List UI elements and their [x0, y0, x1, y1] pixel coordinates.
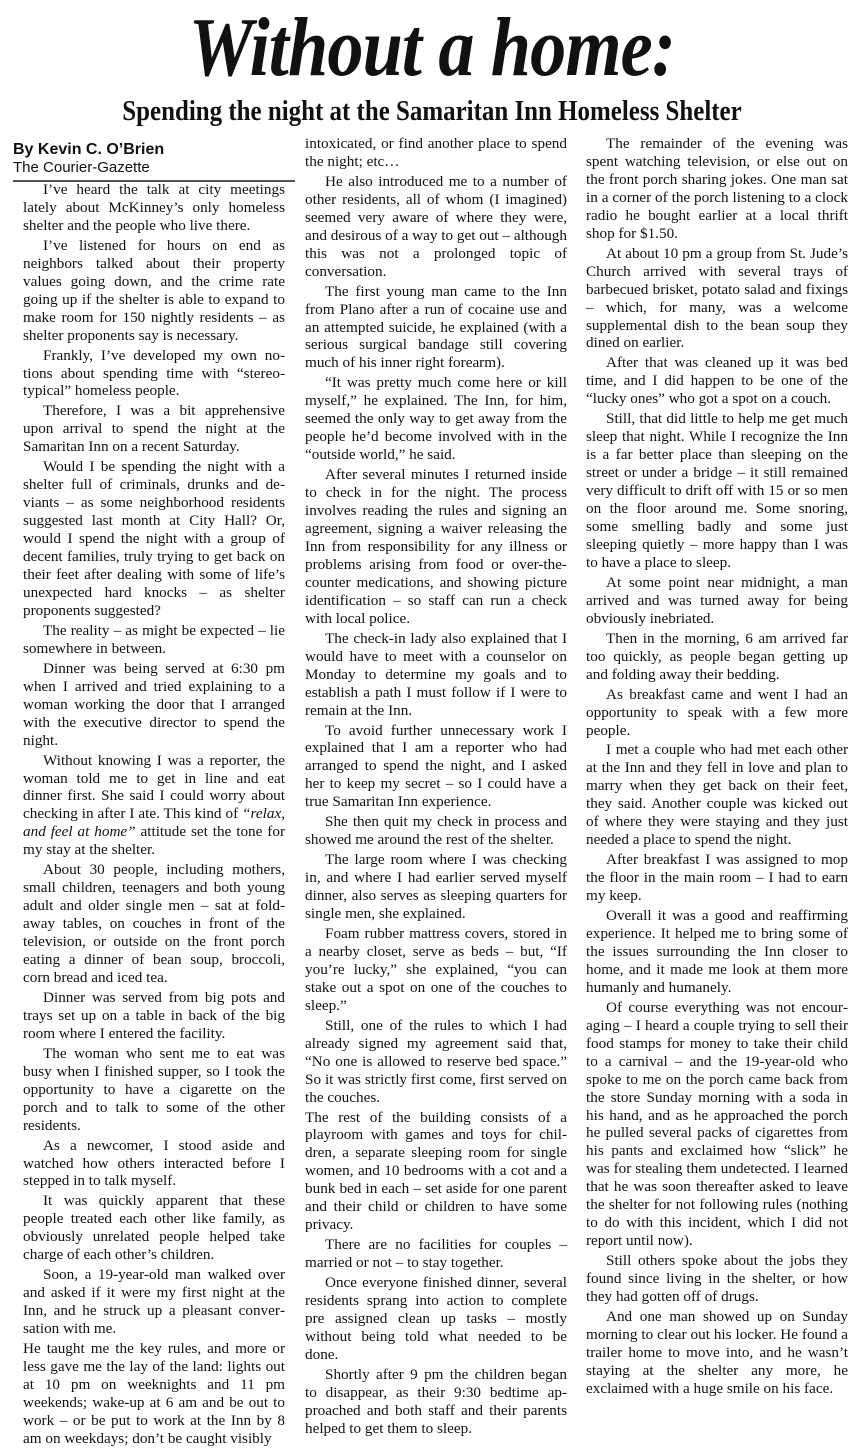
paragraph: To avoid further unnecessary work I expl…: [305, 722, 567, 812]
paragraph: Dinner was served from big pots and tray…: [23, 989, 285, 1043]
paragraph: After several minutes I returned in­side…: [305, 466, 567, 628]
paragraph: He taught me the key rules, and more or …: [23, 1340, 285, 1448]
paragraph: After that was cleaned up it was bed tim…: [586, 354, 848, 408]
paragraph: The rest of the building consists of a p…: [305, 1109, 567, 1235]
paragraph: Still, one of the rules to which I had a…: [305, 1017, 567, 1107]
paragraph: Of course everything was not encour­agin…: [586, 999, 848, 1250]
paragraph: And one man showed up on Sunday morning …: [586, 1308, 848, 1398]
paragraph: Foam rubber mattress covers, stored in a…: [305, 925, 567, 1015]
paragraph: As a newcomer, I stood aside and watched…: [23, 1137, 285, 1191]
article-column-3: The remainder of the evening was spent w…: [586, 135, 848, 1400]
paragraph: At about 10 pm a group from St. Jude’s C…: [586, 245, 848, 353]
byline: By Kevin C. O’Brien The Courier-Gazette: [13, 140, 295, 182]
paragraph: Dinner was being served at 6:30 pm when …: [23, 660, 285, 750]
paragraph: Once everyone finished dinner, sev­eral …: [305, 1274, 567, 1364]
paragraph: As breakfast came and went I had an oppo…: [586, 686, 848, 740]
byline-author: By Kevin C. O’Brien: [13, 140, 295, 159]
paragraph: He also introduced me to a number of oth…: [305, 173, 567, 281]
paragraph: The woman who sent me to eat was busy wh…: [23, 1045, 285, 1135]
paragraph: About 30 people, including mothers, smal…: [23, 861, 285, 987]
paragraph: There are no facilities for couples – ma…: [305, 1236, 567, 1272]
paragraph: I’ve heard the talk at city meetings lat…: [23, 181, 285, 235]
paragraph: Then in the morning, 6 am arrived far to…: [586, 630, 848, 684]
paragraph: The remainder of the evening was spent w…: [586, 135, 848, 243]
paragraph: Frankly, I’ve developed my own no­tions …: [23, 347, 285, 401]
byline-publication: The Courier-Gazette: [13, 159, 295, 177]
paragraph: The reality – as might be expected – lie…: [23, 622, 285, 658]
paragraph: It was quickly apparent that these peopl…: [23, 1192, 285, 1264]
paragraph: Overall it was a good and reaffirming ex…: [586, 907, 848, 997]
paragraph: intoxicated, or find another place to sp…: [305, 135, 567, 171]
paragraph: Still others spoke about the jobs they f…: [586, 1252, 848, 1306]
subheadline: Spending the night at the Samaritan Inn …: [60, 94, 803, 128]
article-column-2: intoxicated, or find another place to sp…: [305, 135, 567, 1440]
paragraph: Shortly after 9 pm the children began to…: [305, 1366, 567, 1438]
paragraph: She then quit my check in process and sh…: [305, 813, 567, 849]
paragraph: At some point near midnight, a man arriv…: [586, 574, 848, 628]
article-column-1: I’ve heard the talk at city meetings lat…: [23, 181, 285, 1450]
paragraph: After breakfast I was assigned to mop th…: [586, 851, 848, 905]
paragraph: Still, that did little to help me get mu…: [586, 410, 848, 572]
paragraph: Would I be spending the night with a she…: [23, 458, 285, 620]
paragraph: The check-in lady also explained that I …: [305, 630, 567, 720]
headline: Without a home:: [60, 2, 803, 94]
paragraph: The large room where I was checking in, …: [305, 851, 567, 923]
paragraph: Therefore, I was a bit apprehensive upon…: [23, 402, 285, 456]
paragraph: Without knowing I was a reporter, the wo…: [23, 752, 285, 860]
paragraph: I met a couple who had met each other at…: [586, 741, 848, 849]
paragraph: I’ve listened for hours on end as neighb…: [23, 237, 285, 345]
paragraph: “It was pretty much come here or kill my…: [305, 374, 567, 464]
paragraph: The first young man came to the Inn from…: [305, 283, 567, 373]
paragraph: Soon, a 19-year-old man walked over and …: [23, 1266, 285, 1338]
